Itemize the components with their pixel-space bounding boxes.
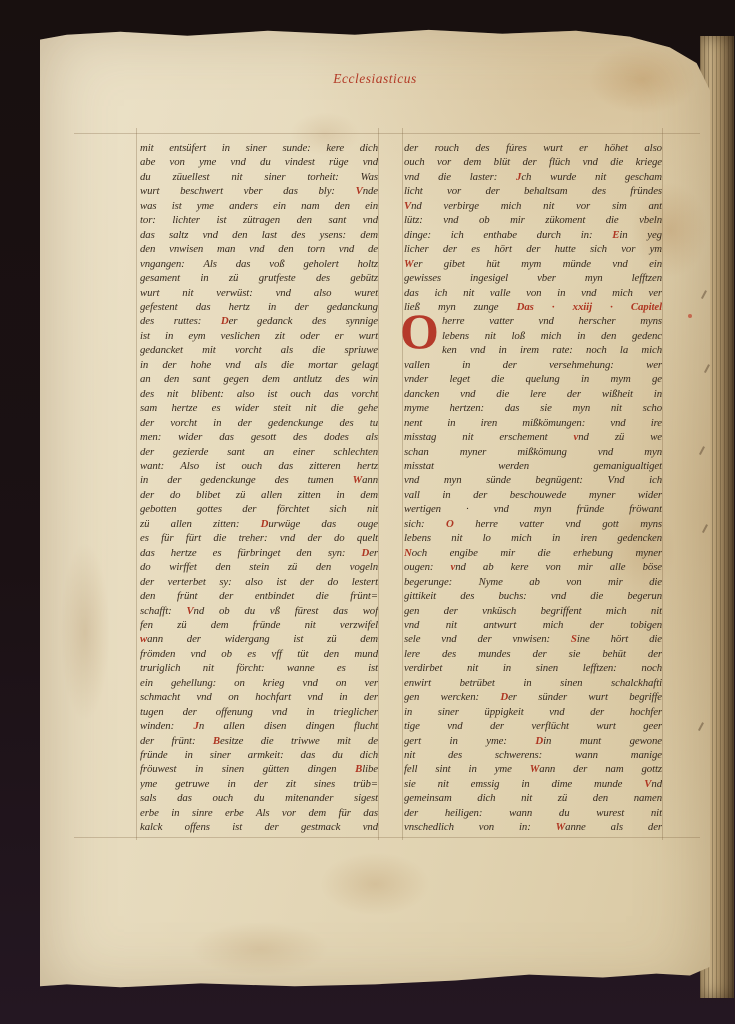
manuscript-text-line: gefestent das hertz in der gedanckung [140, 300, 378, 314]
manuscript-text-line: myme hertzen: das sie myn nit scho [404, 401, 662, 415]
manuscript-text-line: des nit blibent: also ist ouch das vorch… [140, 387, 378, 401]
ink-text: gemeinsam dich nit zü den namen [404, 792, 662, 804]
manuscript-text-line: fen zü dem fründe nit verzwifel [140, 618, 378, 632]
manuscript-text-line: lebens nit lo mich in iren gedencken [404, 531, 662, 545]
ink-text: sich: [404, 518, 446, 530]
manuscript-text-line: fell sint in yme Wann der nam gottz [404, 762, 662, 776]
ruling-line-vertical [662, 128, 663, 840]
ink-text: truriglich nit förcht: wanne es ist [140, 662, 378, 674]
manuscript-text-line: lere des mundes der sie behüt der [404, 647, 662, 661]
ink-text: wertigen · vnd myn fründe fröwant [404, 503, 662, 515]
ink-text: vngangen: Als das voß geholert holtz [140, 258, 378, 270]
ink-text: fründe in siner armkeit: das du dich [140, 749, 378, 761]
manuscript-text-line: misstag nit erschement vnd zü we [404, 430, 662, 444]
manuscript-text-line: der heiligen: wann du wurest nit [404, 806, 662, 820]
ink-text: herre vatter vnd gott myns [454, 518, 662, 530]
manuscript-text-line: zü allen zitten: Durwüge das ouge [140, 517, 378, 531]
ink-text: want: Also ist ouch das zitteren hertz [140, 460, 378, 472]
manuscript-text-line: sich: O herre vatter vnd gott myns [404, 517, 662, 531]
rubric-text: W [530, 763, 540, 775]
manuscript-text-line: do wirffet den stein zü den vogeln [140, 560, 378, 574]
ink-text: vnd myn sünde begnügent: Vnd ich [404, 474, 662, 486]
rubric-text: W [404, 258, 414, 270]
ink-text: sie nit emssig in dime munde [404, 778, 644, 790]
ink-text: mit entsüfert in siner sunde: kere dich [140, 142, 378, 154]
ink-text: wurt beschwert vber das bly: [140, 185, 356, 197]
rubric-text: V [356, 185, 363, 197]
ink-text: das saltz vnd den last des ysens: dem [140, 229, 378, 241]
ink-text: den vnwisen man vnd den torn vnd de [140, 243, 378, 255]
ink-text: gebotten gottes der förchtet sich nit [140, 503, 378, 515]
ink-text: gewisses ingesigel vber myn lefftzen [404, 272, 662, 284]
ink-text: des nit blibent: also ist ouch das vorch… [140, 388, 378, 400]
ink-text: tige vnd der verflücht wurt geer [404, 720, 662, 732]
rubric-text: D [535, 735, 543, 747]
manuscript-text-line: vnd die laster: Jch wurde nit gescham [404, 170, 662, 184]
manuscript-text-line: den vnwisen man vnd den torn vnd de [140, 242, 378, 256]
rubric-text: W [353, 474, 363, 486]
ink-text: schmacht vnd on hochfart vnd in der [140, 691, 378, 703]
ink-text: begerunge: Nyme ab von mir die [404, 576, 662, 588]
manuscript-text-line: abe von yme vnd du vindest rüge vnd [140, 155, 378, 169]
ink-text: ch wurde nit gescham [521, 171, 662, 183]
manuscript-text-line: gebotten gottes der förchtet sich nit [140, 502, 378, 516]
ink-text: gen wercken: [404, 691, 500, 703]
manuscript-text-line: kalck offens ist der gestmack vnd [140, 820, 378, 834]
manuscript-text-line: lütz: vnd ob mir zükoment die vbeln [404, 213, 662, 227]
manuscript-text-line: winden: Jn allen disen dingen flucht [140, 719, 378, 733]
manuscript-text-line: dinge: ich enthabe durch in: Ein yeg [404, 228, 662, 242]
ink-text: winden: [140, 720, 194, 732]
manuscript-text-line: lebens nit loß mich in den gedenc [404, 329, 662, 343]
margin-pen-mark [698, 722, 704, 731]
ink-text: an den sant gegen dem antlutz des win [140, 373, 378, 385]
manuscript-text-line: der gezierde sant an einer schlechten [140, 445, 378, 459]
ink-text: ine hört die [577, 633, 662, 645]
ink-text: vnschedlich von in: [404, 821, 556, 833]
manuscript-text-line: nit des schwerens: wann manige [404, 748, 662, 762]
rubric-text: Das · xxiij · Capitel [517, 301, 662, 313]
manuscript-text-line: ougen: vnd ab kere von mir alle böse [404, 560, 662, 574]
ink-text: vnder leget die quelung in mym ge [404, 373, 662, 385]
rubric-text: O [446, 518, 454, 530]
ink-text: frömden vnd ob es vff tüt den mund [140, 648, 378, 660]
manuscript-text-line: nent in iren mißkömungen: vnd ire [404, 416, 662, 430]
manuscript-text-line: mit entsüfert in siner sunde: kere dich [140, 141, 378, 155]
ink-text: dancken vnd die lere der wißheit in [404, 388, 662, 400]
manuscript-text-line: gert in yme: Din munt gewone [404, 734, 662, 748]
ink-text: gittikeit des buchs: vnd die begerun [404, 590, 662, 602]
ink-text: gen der vnküsch begriffent mich nit [404, 605, 662, 617]
ink-text: ann der nam gottz [539, 763, 662, 775]
chapter-drop-initial: O [400, 309, 440, 355]
manuscript-text-line: das hertze es fürbringet den syn: Der [140, 546, 378, 560]
manuscript-text-line: fröuwest in sinen gütten dingen Blibe [140, 762, 378, 776]
ink-text: n allen disen dingen flucht [199, 720, 378, 732]
manuscript-text-line: enwirt betrübet in sinen schalckhafti [404, 676, 662, 690]
manuscript-text-line: schan myner mißkömung vnd myn [404, 445, 662, 459]
ink-text: kalck offens ist der gestmack vnd [140, 821, 378, 833]
ink-text: sam hertze es wider steit nit die gehe [140, 402, 378, 414]
manuscript-text-line: wurt beschwert vber das bly: Vnde [140, 184, 378, 198]
manuscript-text-line: es für fürt die treher: vnd der do quelt [140, 531, 378, 545]
ruling-line-horizontal [74, 837, 700, 838]
ink-text: gesament in zü grutfeste des gebütz [140, 272, 378, 284]
parchment-stain [190, 922, 330, 976]
ink-text: men: wider das gesott des dodes als [140, 431, 378, 443]
manuscript-text-line: gemeinsam dich nit zü den namen [404, 791, 662, 805]
manuscript-text-line: wertigen · vnd myn fründe fröwant [404, 502, 662, 516]
manuscript-text-line: tige vnd der verflücht wurt geer [404, 719, 662, 733]
ink-text: erbe in sinre erbe Als vor dem für das [140, 807, 378, 819]
ink-text: das ich nit valle von in vnd mich ver [404, 287, 662, 299]
ink-text: misstag nit erschement [404, 431, 574, 443]
ink-text: er gedanck des synnige [229, 315, 378, 327]
manuscript-text-line: want: Also ist ouch das zitteren hertz [140, 459, 378, 473]
manuscript-text-line: der verterbet sy: also ist der do lester… [140, 575, 378, 589]
ink-text: tor: lichter ist zütragen den sant vnd [140, 214, 378, 226]
ink-text: ougen: [404, 561, 451, 573]
rubric-text: N [404, 547, 412, 559]
ink-text: in siner üppigkeit vnd der hochfer [404, 706, 662, 718]
ink-text: in yeg [619, 229, 662, 241]
manuscript-text-line: dancken vnd die lere der wißheit in [404, 387, 662, 401]
ink-text: do wirffet den stein zü den vogeln [140, 561, 378, 573]
ruling-line-vertical [378, 128, 379, 840]
manuscript-text-line: sie nit emssig in dime munde Vnd [404, 777, 662, 791]
ink-text: vnd die laster: [404, 171, 516, 183]
ink-text: zü allen zitten: [140, 518, 261, 530]
margin-pen-mark [702, 524, 708, 533]
ink-text: du züuellest nit siner torheit: Was [140, 171, 378, 183]
manuscript-text-line: an den sant gegen dem antlutz des win [140, 372, 378, 386]
ink-text: enwirt betrübet in sinen schalckhafti [404, 677, 662, 689]
manuscript-text-line: licht vor der behaltsam des fründes [404, 184, 662, 198]
manuscript-text-line: herre vatter vnd herscher myns [404, 314, 662, 328]
manuscript-text-line: wurt nit verwüst: vnd also wuret [140, 286, 378, 300]
ink-text: der do blibet zü allen zitten in dem [140, 489, 378, 501]
manuscript-text-line: Noch engibe mir die erhebung myner [404, 546, 662, 560]
parchment-page: Ecclesiasticus mit entsüfert in siner su… [40, 22, 710, 1000]
ink-text: nd ob du vß fürest das wof [194, 605, 378, 617]
manuscript-text-line: sele vnd der vnwisen: Sine hört die [404, 632, 662, 646]
manuscript-text-line: ist in eym veslichen zit oder er wurt [140, 329, 378, 343]
ink-text: der vorcht in der gedenckunge des tu [140, 417, 378, 429]
ink-text: der gezierde sant an einer schlechten [140, 446, 378, 458]
manuscript-text-line: yme getruwe in der zit sines trüb= [140, 777, 378, 791]
ink-text: licht vor der behaltsam des fründes [404, 185, 662, 197]
ink-text: das hertze es fürbringet den syn: [140, 547, 362, 559]
manuscript-text-line: tugen der offenung vnd in trieglicher [140, 705, 378, 719]
ink-text: misstat werden gemanigualtiget [404, 460, 662, 472]
manuscript-text-line: was ist yme anders ein nam den ein [140, 199, 378, 213]
ink-text: fen zü dem fründe nit verzwifel [140, 619, 378, 631]
rubric-text: D [500, 691, 508, 703]
manuscript-text-line: ein gehellung: on krieg vnd on ver [140, 676, 378, 690]
ink-text: gert in yme: [404, 735, 535, 747]
ink-text: nd verbirge mich nit vor sim ant [411, 200, 662, 212]
ink-text: den frünt der entbindet die frünt= [140, 590, 378, 602]
ink-text: was ist yme anders ein nam den ein [140, 200, 378, 212]
ink-text: sals das ouch du mitenander sigest [140, 792, 378, 804]
ink-text: in der gedenckunge des tumen [140, 474, 353, 486]
ink-text: lere des mundes der sie behüt der [404, 648, 662, 660]
ink-text: wurt nit verwüst: vnd also wuret [140, 287, 378, 299]
manuscript-text-line: den frünt der entbindet die frünt= [140, 589, 378, 603]
ink-text: ein gehellung: on krieg vnd on ver [140, 677, 378, 689]
manuscript-text-line: des ruttes: Der gedanck des synnige [140, 314, 378, 328]
manuscript-text-line: sam hertze es wider steit nit die gehe [140, 401, 378, 415]
manuscript-text-line: begerunge: Nyme ab von mir die [404, 575, 662, 589]
ink-text: des ruttes: [140, 315, 221, 327]
ink-text: herre vatter vnd herscher myns [442, 315, 662, 327]
ink-text: anne als der [565, 821, 662, 833]
ink-text: gefestent das hertz in der gedanckung [140, 301, 378, 313]
ink-text: ouch vor dem blüt der flüch vnd die krie… [404, 156, 662, 168]
ink-text: es für fürt die treher: vnd der do quelt [140, 532, 378, 544]
manuscript-text-line: der frünt: Besitze die triwwe mit de [140, 734, 378, 748]
manuscript-text-line: in der hohe vnd als die mortar gelagt [140, 358, 378, 372]
ink-text: er sünder wurt begriffe [508, 691, 662, 703]
manuscript-text-line: der do blibet zü allen zitten in dem [140, 488, 378, 502]
manuscript-text-line: gesament in zü grutfeste des gebütz [140, 271, 378, 285]
ink-text: nent in iren mißkömungen: vnd ire [404, 417, 662, 429]
ink-text: lütz: vnd ob mir zükoment die vbeln [404, 214, 662, 226]
ink-text: schafft: [140, 605, 186, 617]
ink-text: och engibe mir die erhebung myner [412, 547, 662, 559]
text-column-left: mit entsüfert in siner sunde: kere dicha… [140, 141, 378, 835]
manuscript-text-line: vngangen: Als das voß geholert holtz [140, 257, 378, 271]
ink-text: libe [362, 763, 378, 775]
manuscript-text-line: der rouch des fúres wurt er höhet also [404, 141, 662, 155]
text-column-right: O der rouch des fúres wurt er höhet also… [404, 141, 662, 835]
running-title: Ecclesiasticus [40, 71, 710, 87]
manuscript-text-line: frömden vnd ob es vff tüt den mund [140, 647, 378, 661]
ink-text: er gibet hüt mym münde vnd ein [414, 258, 662, 270]
ink-text: fröuwest in sinen gütten dingen [140, 763, 355, 775]
manuscript-text-line: in siner üppigkeit vnd der hochfer [404, 705, 662, 719]
ink-text: abe von yme vnd du vindest rüge vnd [140, 156, 378, 168]
rubric-text: V [186, 605, 193, 617]
manuscript-text-line: vall in der beschouwede myner wider [404, 488, 662, 502]
manuscript-text-line: vnder leget die quelung in mym ge [404, 372, 662, 386]
manuscript-text-line: tor: lichter ist zütragen den sant vnd [140, 213, 378, 227]
manuscript-text-line: du züuellest nit siner torheit: Was [140, 170, 378, 184]
manuscript-text-line: sals das ouch du mitenander sigest [140, 791, 378, 805]
manuscript-text-line: gen der vnküsch begriffent mich nit [404, 604, 662, 618]
ink-text: vnd nit antwurt mich der tobigen [404, 619, 662, 631]
manuscript-text-line: licher der es hört der hutte sich vor ym [404, 242, 662, 256]
margin-pen-mark [699, 446, 705, 455]
ink-text: licher der es hört der hutte sich vor ym [404, 243, 662, 255]
manuscript-text-line: Vnd verbirge mich nit vor sim ant [404, 199, 662, 213]
ink-text: ist in eym veslichen zit oder er wurt [140, 330, 378, 342]
manuscript-text-line: wann der widergang ist zü dem [140, 632, 378, 646]
ink-text: nit des schwerens: wann manige [404, 749, 662, 761]
manuscript-text-line: gittikeit des buchs: vnd die begerun [404, 589, 662, 603]
manuscript-text-line: vallen in der versehmehung: wer [404, 358, 662, 372]
manuscript-text-line: schmacht vnd on hochfart vnd in der [140, 690, 378, 704]
ink-text: nde [363, 185, 378, 197]
manuscript-text-line: ken vnd in irem rate: noch la mich [404, 343, 662, 357]
rubric-text: B [213, 735, 220, 747]
red-ink-dot [688, 314, 692, 318]
manuscript-text-line: truriglich nit förcht: wanne es ist [140, 661, 378, 675]
ruling-line-vertical [402, 128, 403, 840]
manuscript-text-line: ließ myn zunge Das · xxiij · Capitel [404, 300, 662, 314]
parchment-stain [60, 542, 110, 722]
ink-text: gedancket mit vorcht als die spriuwe [140, 344, 378, 356]
manuscript-text-line: gedancket mit vorcht als die spriuwe [140, 343, 378, 357]
ink-text: der rouch des fúres wurt er höhet also [404, 142, 662, 154]
ink-text: in munt gewone [543, 735, 662, 747]
ink-text: ann [362, 474, 378, 486]
manuscript-text-line: fründe in siner armkeit: das du dich [140, 748, 378, 762]
ink-text: tugen der offenung vnd in trieglicher [140, 706, 378, 718]
ink-text: er [369, 547, 378, 559]
ink-text: vallen in der versehmehung: wer [404, 359, 662, 371]
ink-text: sele vnd der vnwisen: [404, 633, 571, 645]
ink-text: schan myner mißkömung vnd myn [404, 446, 662, 458]
manuscript-text-line: das ich nit valle von in vnd mich ver [404, 286, 662, 300]
ink-text: nd [651, 778, 662, 790]
ink-text: der frünt: [140, 735, 213, 747]
manuscript-text-line: erbe in sinre erbe Als vor dem für das [140, 806, 378, 820]
ink-text: ann der widergang ist zü dem [147, 633, 378, 645]
manuscript-text-line: ouch vor dem blüt der flüch vnd die krie… [404, 155, 662, 169]
ink-text: esitze die triwwe mit de [220, 735, 378, 747]
margin-pen-mark [704, 364, 710, 373]
ruling-line-horizontal [74, 133, 700, 134]
ruling-line-vertical [136, 128, 137, 840]
ink-text: der heiligen: wann du wurest nit [404, 807, 662, 819]
manuscript-text-line: vnschedlich von in: Wanne als der [404, 820, 662, 834]
ink-text: lebens nit lo mich in iren gedencken [404, 532, 662, 544]
manuscript-text-line: men: wider das gesott des dodes als [140, 430, 378, 444]
manuscript-text-line: verdirbet nit in sinen lefftzen: noch [404, 661, 662, 675]
manuscript-text-line: Wer gibet hüt mym münde vnd ein [404, 257, 662, 271]
ink-text: verdirbet nit in sinen lefftzen: noch [404, 662, 662, 674]
manuscript-text-line: misstat werden gemanigualtiget [404, 459, 662, 473]
ink-text: myme hertzen: das sie myn nit scho [404, 402, 662, 414]
manuscript-text-line: der vorcht in der gedenckunge des tu [140, 416, 378, 430]
manuscript-text-line: in der gedenckunge des tumen Wann [140, 473, 378, 487]
ink-text: in der hohe vnd als die mortar gelagt [140, 359, 378, 371]
manuscript-text-line: vnd myn sünde begnügent: Vnd ich [404, 473, 662, 487]
ink-text: dinge: ich enthabe durch in: [404, 229, 612, 241]
manuscript-photo: Ecclesiasticus mit entsüfert in siner su… [0, 0, 735, 1024]
manuscript-text-line: das saltz vnd den last des ysens: dem [140, 228, 378, 242]
manuscript-text-line: gewisses ingesigel vber myn lefftzen [404, 271, 662, 285]
ink-text: nd ab kere von mir alle böse [455, 561, 662, 573]
rubric-text: D [221, 315, 229, 327]
ink-text: ken vnd in irem rate: noch la mich [442, 344, 662, 356]
ink-text: lebens nit loß mich in den gedenc [442, 330, 662, 342]
ink-text: fell sint in yme [404, 763, 530, 775]
ink-text: vall in der beschouwede myner wider [404, 489, 662, 501]
ink-text: urwüge das ouge [268, 518, 378, 530]
manuscript-text-line: gen wercken: Der sünder wurt begriffe [404, 690, 662, 704]
manuscript-text-line: schafft: Vnd ob du vß fürest das wof [140, 604, 378, 618]
margin-pen-mark [701, 290, 707, 299]
parchment-stain [320, 852, 430, 916]
manuscript-text-line: vnd nit antwurt mich der tobigen [404, 618, 662, 632]
rubric-text: W [556, 821, 566, 833]
ink-text: nd zü we [578, 431, 662, 443]
ink-text: der verterbet sy: also ist der do lester… [140, 576, 378, 588]
ink-text: yme getruwe in der zit sines trüb= [140, 778, 378, 790]
